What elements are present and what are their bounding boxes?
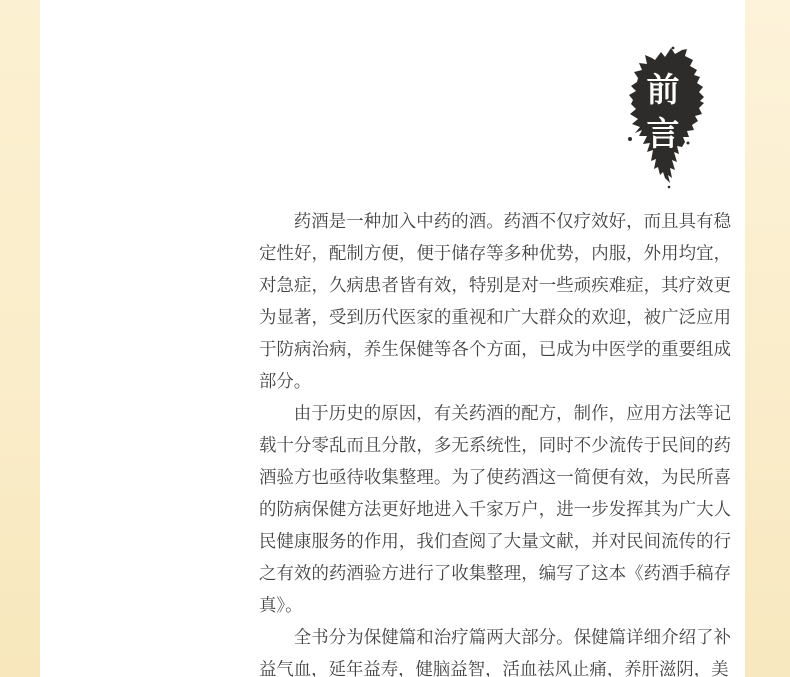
preface-paragraph-2: 由于历史的原因，有关药酒的配方，制作，应用方法等记载十分零乱而且分散，多无系统性…	[259, 397, 731, 621]
right-margin-cream-band	[745, 0, 790, 677]
ink-speck	[687, 142, 690, 145]
stamp-char-qian: 前	[647, 72, 680, 109]
book-preface-page: 前 言 药酒是一种加入中药的酒。药酒不仅疗效好，而且具有稳定性好，配制方便，便于…	[0, 0, 790, 677]
left-margin-cream-band	[0, 0, 40, 677]
white-book-page: 前 言 药酒是一种加入中药的酒。药酒不仅疗效好，而且具有稳定性好，配制方便，便于…	[40, 0, 745, 677]
stamp-char-yan: 言	[647, 116, 680, 153]
ink-stamp-svg: 前 言	[625, 42, 710, 192]
ink-speck	[672, 47, 675, 50]
ink-speck	[628, 137, 632, 141]
ink-blob-shape	[629, 48, 704, 183]
preface-paragraph-3: 全书分为保健篇和治疗篇两大部分。保健篇详细介绍了补益气血，延年益寿，健脑益智，活…	[259, 621, 731, 677]
preface-text-block: 药酒是一种加入中药的酒。药酒不仅疗效好，而且具有稳定性好，配制方便，便于储存等多…	[259, 205, 731, 677]
preface-paragraph-1: 药酒是一种加入中药的酒。药酒不仅疗效好，而且具有稳定性好，配制方便，便于储存等多…	[259, 205, 731, 397]
preface-ink-stamp: 前 言	[625, 42, 710, 192]
ink-speck	[668, 186, 671, 189]
